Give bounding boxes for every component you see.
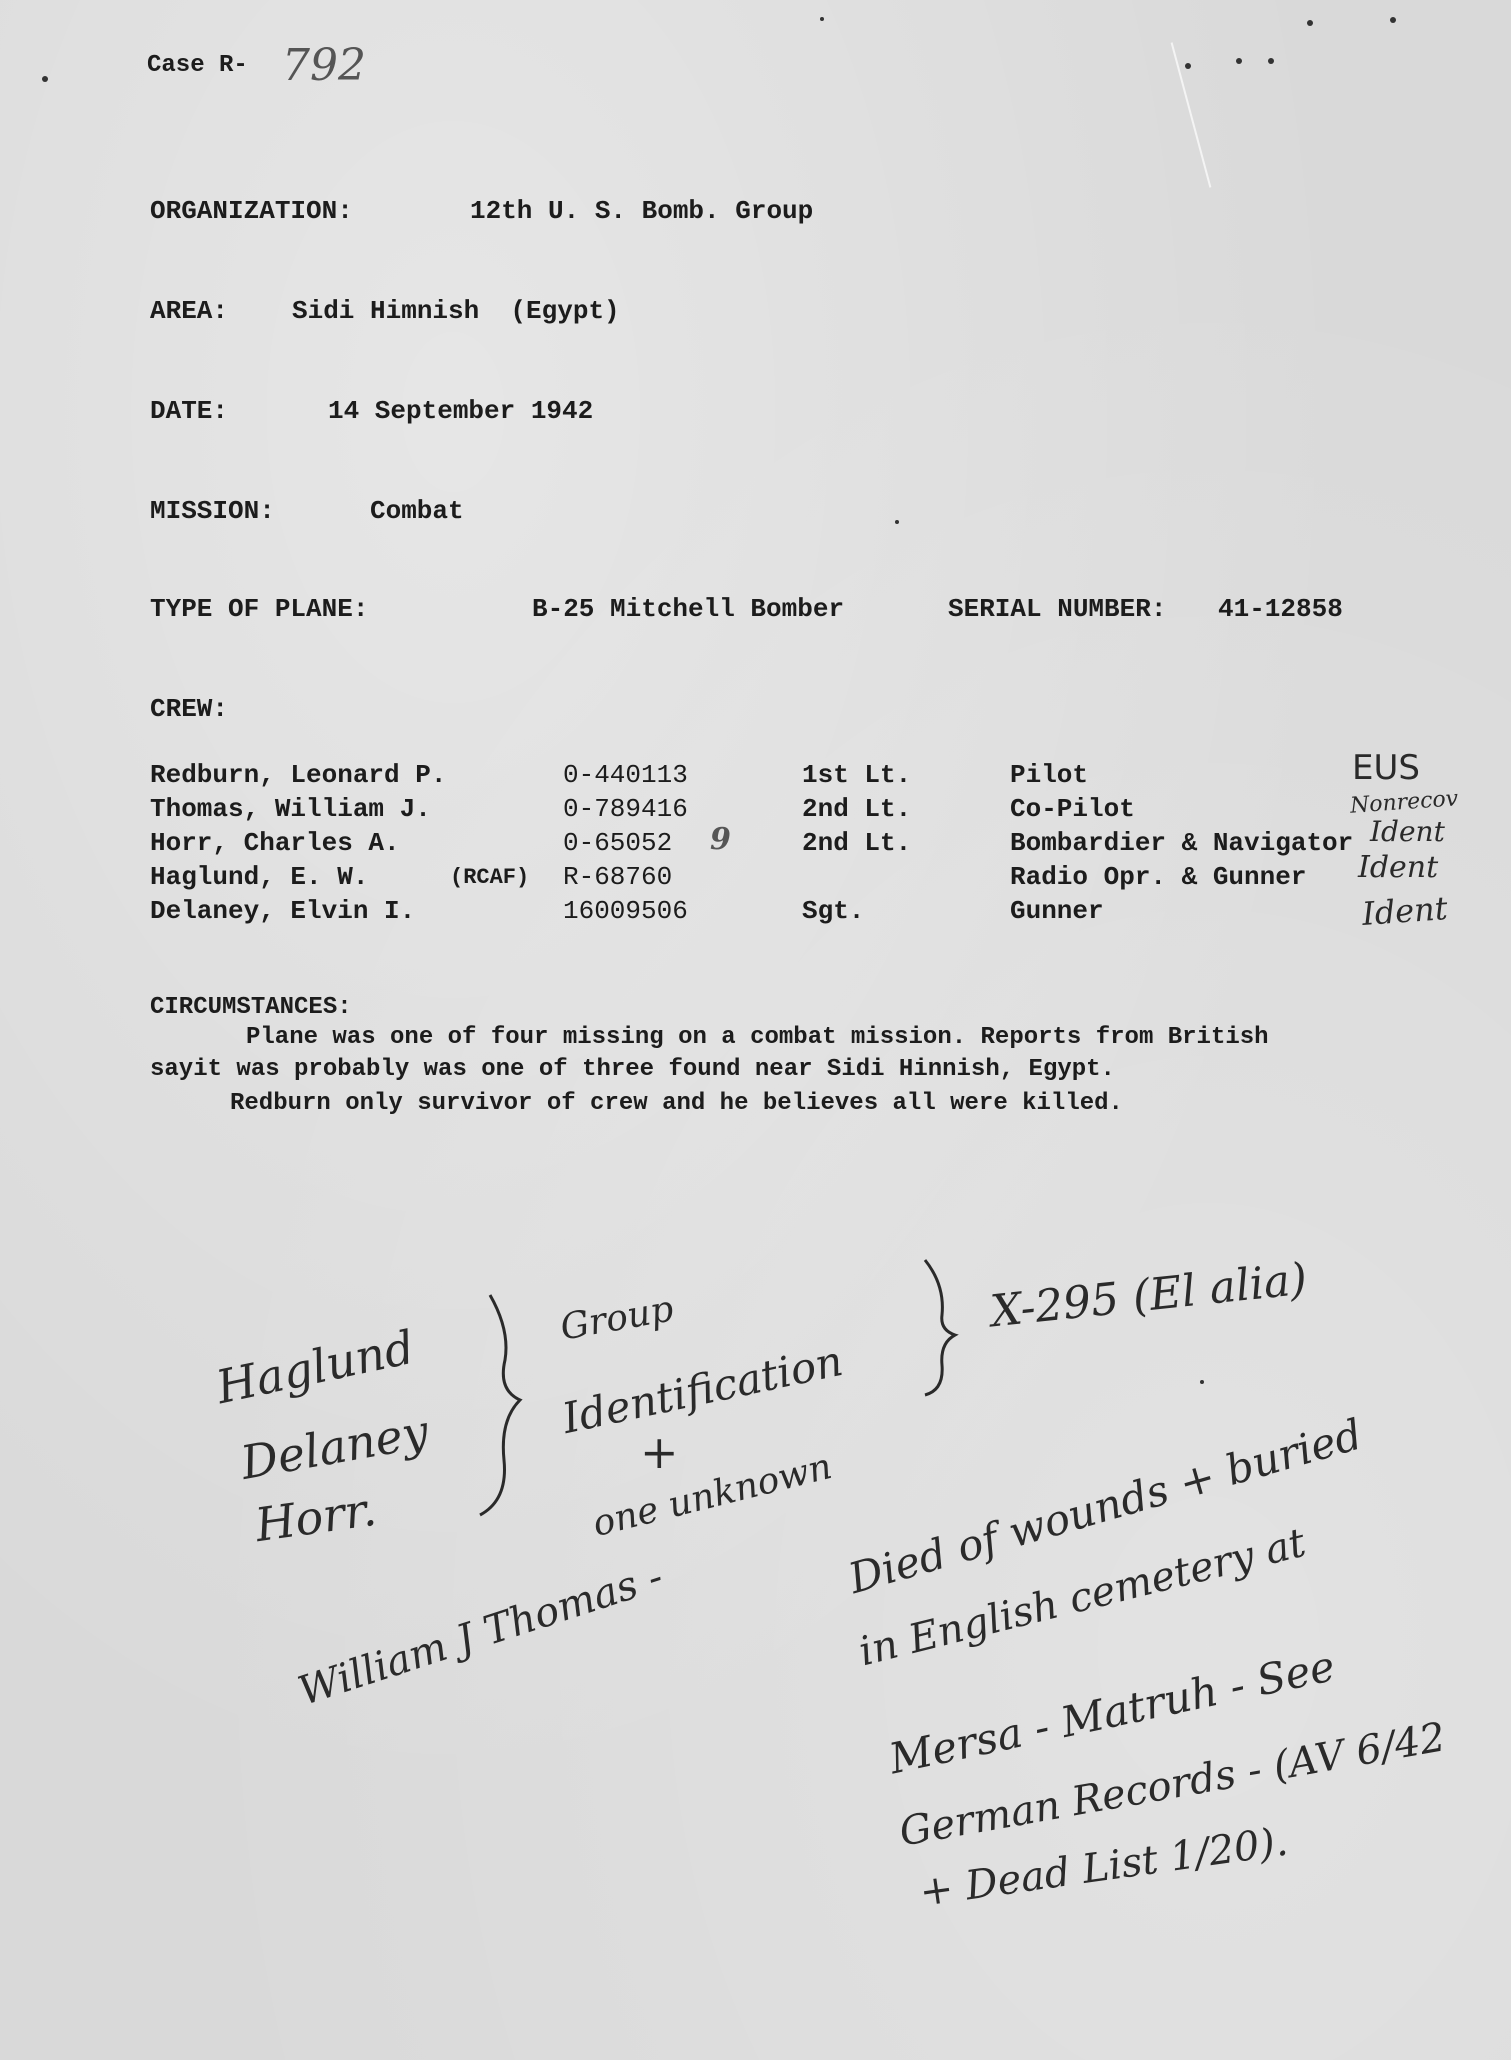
crew-row: Thomas, William J. 0-789416 2nd Lt. Co-P… [150,794,212,826]
date-value: 14 September 1942 [328,396,593,426]
crew-name: Haglund, E. W. [150,862,368,892]
hw-group-text: Identification [558,1336,847,1443]
hw-thomas-name: William J Thomas - [293,1554,669,1715]
crew-note: (RCAF) [450,865,529,890]
organization-label: ORGANIZATION: [150,196,353,226]
crew-row: Haglund, E. W. (RCAF) R-68760 Radio Opr.… [150,862,212,894]
paper-scratch [1171,42,1212,187]
annotation-nonrecov: Nonrecov [1349,786,1459,818]
hw-group-text: one unknown [589,1446,836,1545]
hw-name: Horr. [252,1482,380,1552]
brace-left [470,1290,540,1520]
crew-row: Horr, Charles A. 0-65052 9 2nd Lt. Bomba… [150,828,212,860]
crew-role: Co-Pilot [1010,794,1135,824]
crew-role: Bombardier & Navigator [1010,828,1353,858]
crew-role: Gunner [1010,896,1104,926]
mission-value: Combat [370,496,464,526]
brace-right [920,1255,970,1405]
crew-name: Horr, Charles A. [150,828,400,858]
crew-rank: Sgt. [802,896,864,926]
ink-speck [895,520,899,524]
case-number: 792 [282,40,366,91]
crew-name: Redburn, Leonard P. [150,760,446,790]
hw-group-text: Group [557,1288,676,1348]
organization-value: 12th U. S. Bomb. Group [470,196,813,226]
crew-serial: 0-440113 [563,760,688,790]
ink-speck [1236,58,1242,64]
crew-label: CREW: [150,694,228,724]
circumstances-line: sayit was probably was one of three foun… [150,1056,1115,1083]
crew-serial: 16009506 [563,896,688,926]
ink-speck [1390,17,1396,23]
circumstances-line: Redburn only survivor of crew and he bel… [230,1090,1123,1117]
annotation-ident: Ident [1361,889,1449,933]
area-value: Sidi Himnish (Egypt) [292,296,620,326]
crew-name: Thomas, William J. [150,794,431,824]
circumstances-label: CIRCUMSTANCES: [150,994,352,1021]
crew-table: Redburn, Leonard P. 0-440113 1st Lt. Pil… [0,0,31,180]
crew-serial: 0-789416 [563,794,688,824]
ink-speck [1307,20,1313,26]
area-label: AREA: [150,296,228,326]
crew-rank: 2nd Lt. [802,828,911,858]
annotation-ident: Ident [1358,850,1438,885]
annotation-ident: Ident [1370,815,1445,848]
crew-rank: 2nd Lt. [802,794,911,824]
type-of-plane-value: B-25 Mitchell Bomber [532,594,844,624]
crew-row: Delaney, Elvin I. 16009506 Sgt. Gunner [150,896,212,928]
serial-number-value: 41-12858 [1218,594,1343,624]
ink-speck [820,17,824,21]
hw-name: Haglund [212,1320,419,1414]
date-label: DATE: [150,396,228,426]
type-of-plane-label: TYPE OF PLANE: [150,594,368,624]
crew-rank: 1st Lt. [802,760,911,790]
case-label: Case R- [147,52,248,79]
crew-serial-correction: 9 [710,822,731,857]
ink-speck [1268,58,1274,64]
serial-number-label: SERIAL NUMBER: [948,594,1166,624]
crew-role: Pilot [1010,760,1088,790]
hw-name: Delaney [237,1404,433,1490]
crew-row: Redburn, Leonard P. 0-440113 1st Lt. Pil… [150,760,212,792]
ink-speck [42,76,48,82]
annotation-eus: EUS [1352,748,1420,788]
ink-speck [1200,1380,1204,1384]
crew-serial: 0-65052 [563,828,672,858]
circumstances-line: Plane was one of four missing on a comba… [246,1024,1269,1051]
crew-role: Radio Opr. & Gunner [1010,862,1306,892]
hw-group-text: + [640,1425,679,1479]
mission-label: MISSION: [150,496,275,526]
ink-speck [1185,63,1191,69]
hw-group-ref: X-295 (El alia) [988,1254,1309,1338]
crew-name: Delaney, Elvin I. [150,896,415,926]
crew-serial: R-68760 [563,862,672,892]
